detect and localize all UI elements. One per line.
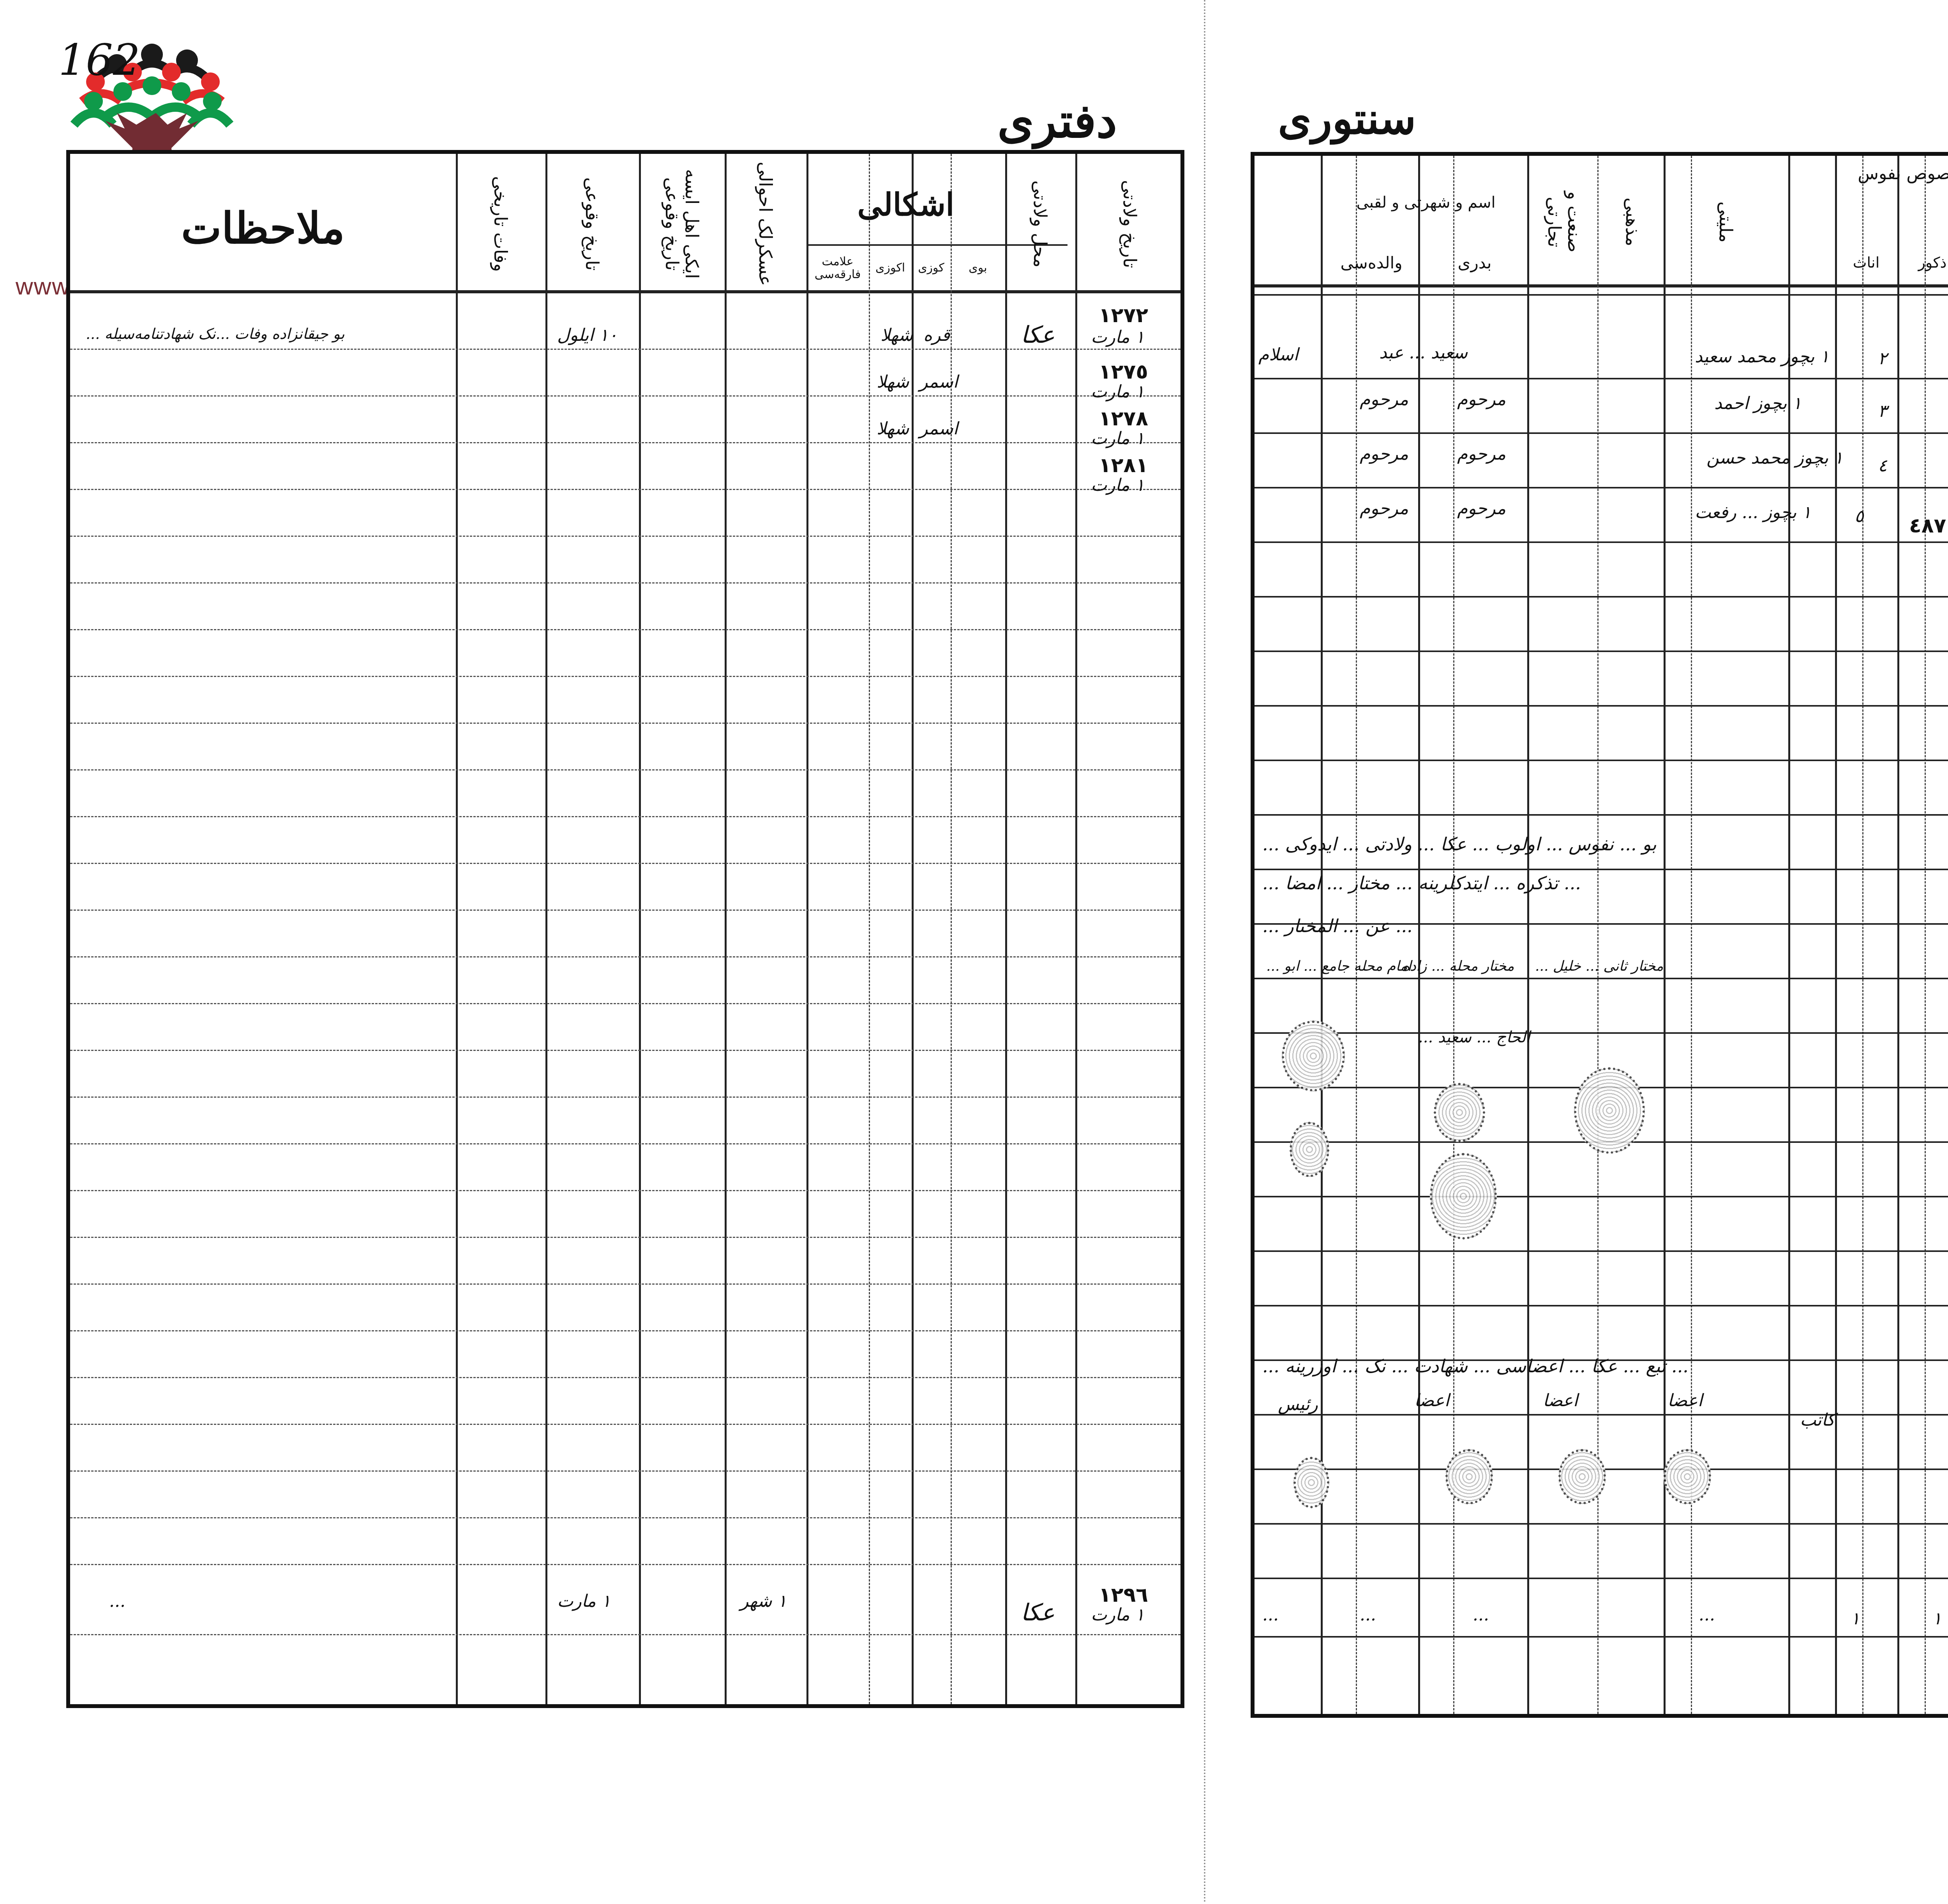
left-title: دفتری: [997, 93, 1117, 148]
signatory-clerk: کاتب: [1800, 1410, 1835, 1430]
header-occupation: صنعت و تجارتی: [1531, 164, 1597, 280]
seal-stamp: [1558, 1449, 1606, 1504]
signature-4: الحاج ... سعید ...: [1418, 1028, 1530, 1046]
signature-2: مختار محله ... زاده: [1403, 958, 1514, 974]
sub-header-father: بدری: [1422, 245, 1527, 280]
col-header-features: اشکالی: [810, 169, 1001, 240]
col-header-event-date: تاریخ وقوعی: [549, 162, 635, 286]
col-header-birth-date: تاریخ ولادتی: [1079, 162, 1180, 286]
sub-header-marks: علامت فارقه‌سی: [808, 249, 867, 286]
sub-header-male: ذکور: [1901, 245, 1948, 280]
seal-stamp: [1574, 1067, 1645, 1154]
left-register-page: ملاحظات وفات تاریخی تاریخ وقوعی ایکی اهل…: [66, 150, 1184, 1708]
header-religion: مذهبی: [1601, 164, 1664, 280]
seal-stamp: [1290, 1122, 1329, 1177]
col-header-military: عسکرلک احوالی: [729, 162, 803, 286]
page-spine: [1204, 0, 1221, 1904]
sub-header-mother: والده‌سی: [1325, 245, 1418, 280]
header-nationality: ملیتی: [1667, 164, 1784, 280]
sub-header-eyebrow: اکوزی: [871, 249, 910, 286]
header-group-name: اسم و شهرتی و لقبی: [1325, 164, 1527, 242]
sub-header-eyes: کوزی: [914, 249, 949, 286]
left-page-number: 162: [58, 35, 140, 85]
seal-stamp: [1282, 1021, 1345, 1091]
col-header-birth-place: محل ولادتی: [1009, 162, 1071, 286]
right-register-page: محله و یا قریه‌سیله مخصوص نفوس نومرولری …: [1251, 152, 1948, 1718]
signature-1: امام محله جامع ... ابو ...: [1266, 958, 1411, 974]
seal-stamp: [1430, 1153, 1497, 1239]
seal-stamp: [1445, 1449, 1493, 1504]
signature-3: مختار ثانی ... خلیل ...: [1535, 958, 1663, 974]
signatory-president: رئیس: [1278, 1395, 1318, 1414]
seal-stamp: [1293, 1457, 1329, 1508]
col-header-death: وفات تاریخی: [460, 162, 542, 286]
right-title: سنتوری: [1278, 93, 1416, 144]
header-group-quarter-numbers: محله و یا قریه‌سیله مخصوص نفوس نومرولری: [1839, 164, 1948, 203]
sub-header-female: اناث: [1839, 245, 1893, 280]
sub-header-height: بوی: [953, 249, 1003, 286]
seal-stamp: [1434, 1083, 1485, 1142]
remarks-header: ملاحظات: [78, 177, 448, 279]
seal-stamp: [1664, 1449, 1711, 1504]
col-header-marriage: ایکی اهل ایسه تاریخ وقوعی: [643, 162, 721, 286]
